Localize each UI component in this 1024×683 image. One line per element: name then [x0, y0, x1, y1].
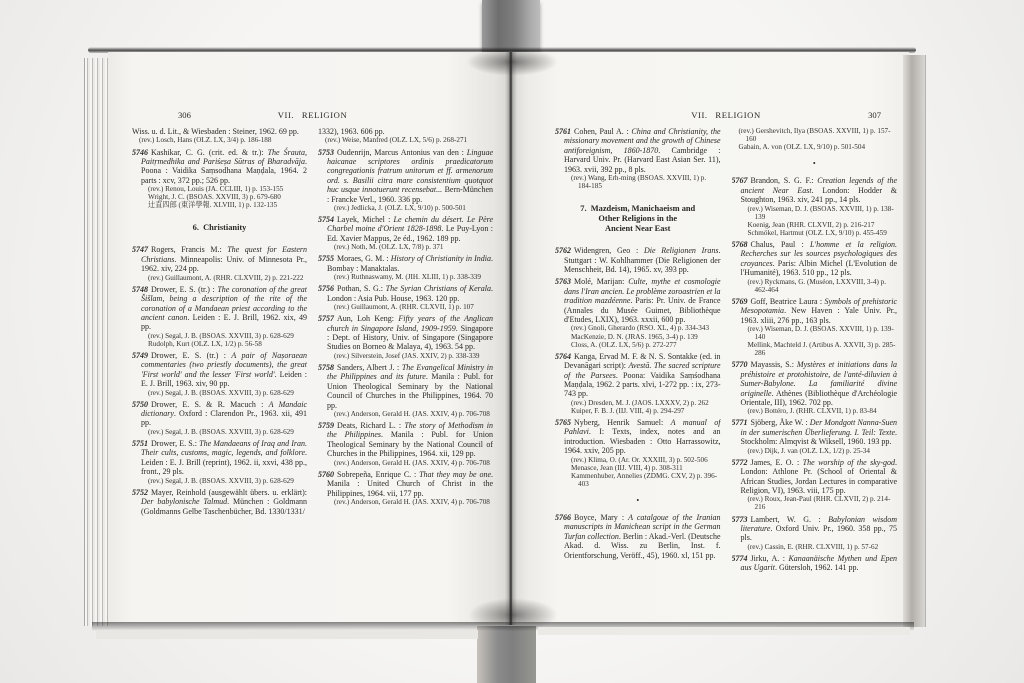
- entry-number: 5752: [132, 488, 148, 497]
- entry-text: Sobrepeña, Enrique C. :: [337, 470, 419, 479]
- review-line: (rev.) Ruthnaswamy, M. (JIH. XLIII, 1) p…: [327, 273, 493, 281]
- review-line: Koenig, Jean (RHR. CLXVII, 2) p. 216-217: [741, 221, 898, 229]
- right-page-column-2: (rev.) Gershevitch, Ilya (BSOAS. XXVIII,…: [732, 127, 898, 579]
- page-number: 306: [178, 110, 191, 121]
- entry-body: 5769Goff, Beatrice Laura : Symbols of pr…: [732, 297, 898, 325]
- review-line: (rev.) Ryckmans, G. (Muséon, LXXVIII, 3-…: [741, 278, 898, 294]
- entry-number: 5753: [318, 148, 334, 157]
- review-line: (rev.) Wang, Erh-ming (BSOAS. XXVIII, 1)…: [564, 174, 721, 190]
- running-head: VII. RELIGION: [555, 110, 897, 121]
- review-line: Mellink, Machteld J. (Artibus A. XXVII, …: [741, 341, 898, 357]
- entry-title-italic: Die Religionen Irans: [644, 246, 719, 255]
- entry-number: 5750: [132, 400, 148, 409]
- review-line: (rev.) Gnoli, Gherardo (RSO. XL, 4) p. 3…: [564, 324, 721, 332]
- entry-text: Widengren, Geo :: [574, 246, 644, 255]
- bib-entry-5774: 5774Jirku, A. : Kanaanäische Mythen und …: [732, 554, 898, 573]
- bib-entry-continuation: Wiss. u. d. Lit., & Wiesbaden : Steiner,…: [132, 127, 307, 145]
- bib-entry-5756: 5756Pothan, S. G.: The Syrian Christians…: [318, 284, 493, 311]
- review-line: (rev.) Jedlicka, J. (OLZ. LX, 9/10) p. 5…: [327, 204, 493, 212]
- entry-body: Wiss. u. d. Lit., & Wiesbaden : Steiner,…: [132, 127, 299, 136]
- bib-entry-5763: 5763Molé, Marijan: Culte, mythe et cosmo…: [555, 277, 721, 348]
- review-line: Closs, A. (OLZ. LX, 5/6) p. 272-277: [564, 341, 721, 349]
- review-line: Gabain, A. von (OLZ. LX, 9/10) p. 501-50…: [732, 143, 898, 151]
- review-line: Schmökel, Hartmut (OLZ. LX, 9/10) p. 455…: [741, 229, 898, 237]
- review-line: (rev.) Wiseman, D. J. (BSOAS. XXVIII, 1)…: [741, 325, 898, 341]
- entry-number: 5771: [732, 418, 748, 427]
- bib-entry-5765: 5765Nyberg, Henrik Samuel: A manual of P…: [555, 418, 721, 488]
- review-line: 辻直四郎 (東洋學報. XLVIII, 1) p. 132-135: [141, 201, 307, 209]
- right-page-header: 307 VII. RELIGION: [555, 110, 897, 123]
- book-cradle-bottom: [477, 626, 536, 683]
- right-page-fore-edge: [903, 55, 926, 627]
- entry-body: 5773Lambert, W. G. : Babylonian wisdom l…: [732, 515, 898, 543]
- entry-number: 5754: [318, 215, 334, 224]
- entry-text: Goff, Beatrice Laura :: [751, 297, 825, 306]
- review-line: Kuiper, F. B. J. (IIJ. VIII, 4) p. 294-2…: [564, 407, 721, 415]
- entry-text: Drower, E. S.:: [151, 439, 199, 448]
- bib-entry-5761: 5761Cohen, Paul A. : China and Christian…: [555, 127, 721, 190]
- left-page-column-1: Wiss. u. d. Lit., & Wiesbaden : Steiner,…: [132, 127, 307, 579]
- entry-text: Oudenrijn, Marcus Antonius van den :: [337, 148, 467, 157]
- entry-number: 5764: [555, 352, 571, 361]
- entry-body: 5750Drower, E. S. & R. Macuch : A Mandai…: [132, 400, 307, 428]
- review-line: Kammenhuber, Annelies (ZDMG. CXV, 2) p. …: [564, 472, 721, 488]
- entry-text: Cohen, Paul A. :: [574, 127, 631, 136]
- entry-number: 5747: [132, 245, 148, 254]
- entry-text: Aun, Loh Keng:: [337, 314, 398, 323]
- entry-text: Kashikar, C. G. (crit. ed. & tr.):: [151, 148, 268, 157]
- entry-body: 5774Jirku, A. : Kanaanäische Mythen und …: [732, 554, 898, 572]
- page-307: 307 VII. RELIGION 5761Cohen, Paul A. : C…: [511, 52, 909, 622]
- entry-number: 5765: [555, 418, 571, 427]
- entry-text: Wiss. u. d. Lit., & Wiesbaden : Steiner,…: [132, 127, 299, 136]
- review-line: (rev.) Roux, Jean-Paul (RHR. CLXVII, 2) …: [741, 495, 898, 511]
- entry-text: Deats, Richard L. :: [337, 421, 404, 430]
- right-page-bottom-edge: [538, 627, 910, 635]
- review-line: (rev.) Weise, Manfred (OLZ. LX, 5/6) p. …: [318, 136, 493, 144]
- bib-entry-continuation: (rev.) Gershevitch, Ilya (BSOAS. XXVIII,…: [732, 127, 898, 151]
- entry-body: 5751Drower, E. S.: The Mandaeans of Iraq…: [132, 439, 307, 476]
- entry-text: Boyce, Mary :: [574, 513, 628, 522]
- entry-text: Sanders, Albert J. :: [337, 363, 402, 372]
- left-page-header: 306 VII. RELIGION: [132, 110, 493, 123]
- right-page-columns: 5761Cohen, Paul A. : China and Christian…: [555, 127, 897, 579]
- bib-entry-5758: 5758Sanders, Albert J. : The Evangelical…: [318, 363, 493, 418]
- bib-entry-5772: 5772James, E. O. : The worship of the sk…: [732, 458, 898, 512]
- entry-text: Chalus, Paul :: [751, 240, 810, 249]
- entry-text: Layek, Michel :: [337, 215, 394, 224]
- entry-text: . Gütersloh, 1962. 141 pp.: [775, 563, 859, 572]
- entry-number: 5761: [555, 127, 571, 136]
- review-line: (rev.) Dresden, M. J. (JAOS. LXXXV, 2) p…: [564, 399, 721, 407]
- entry-number: 5763: [555, 277, 571, 286]
- left-page-bottom-edge: [96, 630, 478, 639]
- review-line: (rev.) Segal, J. B. (BSOAS. XXVIII, 3) p…: [141, 389, 307, 397]
- entry-body: 5770Mayassis, S.: Mystères et initiation…: [732, 360, 898, 407]
- review-line: (rev.) Segal, J. B. (BSOAS. XXVIII, 3) p…: [141, 332, 307, 340]
- entry-body: 5764Kanga, Ervad M. F. & N. S. Sontakke …: [555, 352, 721, 399]
- entry-body: 5756Pothan, S. G.: The Syrian Christians…: [318, 284, 493, 302]
- left-page-stack-edge: [84, 58, 111, 626]
- entry-text: Moraes, G. M. :: [337, 254, 391, 263]
- review-line: (rev.) Noth, M. (OLZ. LX, 7/8) p. 371: [327, 243, 493, 251]
- entry-number: 5759: [318, 421, 334, 430]
- bib-entry-5760: 5760Sobrepeña, Enrique C. : That they ma…: [318, 470, 493, 506]
- entry-body: 5758Sanders, Albert J. : The Evangelical…: [318, 363, 493, 410]
- entry-title-italic: Der babylonische Talmud: [141, 497, 227, 506]
- right-page-column-1: 5761Cohen, Paul A. : China and Christian…: [555, 127, 721, 579]
- review-line: (rev.) Dijk, J. van (OLZ. LX, 1/2) p. 25…: [741, 447, 898, 455]
- entry-body: 5748Drower, E. S. (tr.) : The coronation…: [132, 285, 307, 332]
- entry-text: 1332), 1963. 606 pp.: [318, 127, 385, 136]
- entry-body: 5761Cohen, Paul A. : China and Christian…: [555, 127, 721, 174]
- entry-text: James, E. O. :: [751, 458, 803, 467]
- entry-number: 5756: [318, 284, 334, 293]
- entry-text: Lambert, W. G. :: [751, 515, 829, 524]
- entry-text: Drower, E. S. (tr.) :: [151, 351, 231, 360]
- entry-body: 5766Boyce, Mary : A catalgoue of the Ira…: [555, 513, 721, 560]
- entry-body: 1332), 1963. 606 pp.: [318, 127, 385, 136]
- entry-body: 5772James, E. O. : The worship of the sk…: [732, 458, 898, 495]
- bib-entry-5750: 5750Drower, E. S. & R. Macuch : A Mandai…: [132, 400, 307, 436]
- review-line: (rev.) Segal, J. B. (BSOAS. XXVIII, 3) p…: [141, 477, 307, 485]
- entry-body: 5759Deats, Richard L. : The story of Met…: [318, 421, 493, 458]
- entry-number: 5768: [732, 240, 748, 249]
- bib-entry-5762: 5762Widengren, Geo : Die Religionen Iran…: [555, 246, 721, 274]
- bib-entry-5757: 5757Aun, Loh Keng: Fifty years of the An…: [318, 314, 493, 360]
- review-line: (rev.) Cassin, E. (RHR. CLXVIII, 1) p. 5…: [741, 543, 898, 551]
- review-line: MacKenzie, D. N. (JRAS. 1965, 3-4) p. 13…: [564, 333, 721, 341]
- review-line: Rudolph, Kurt (OLZ. LX, 1/2) p. 56-58: [141, 340, 307, 348]
- entry-number: 5748: [132, 285, 148, 294]
- entry-number: 5755: [318, 254, 334, 263]
- review-line: (rev.) Gershevitch, Ilya (BSOAS. XXVIII,…: [732, 127, 898, 143]
- entry-text: Drower, E. S. (tr.) :: [151, 285, 217, 294]
- entry-number: 5757: [318, 314, 334, 323]
- review-line: (rev.) Guillaumont, A. (RHR. CLXVII, 1) …: [327, 303, 493, 311]
- bib-entry-5754: 5754Layek, Michel : Le chemin du désert.…: [318, 215, 493, 251]
- entry-body: 5753Oudenrijn, Marcus Antonius van den :…: [318, 148, 493, 204]
- bib-entry-5773: 5773Lambert, W. G. : Babylonian wisdom l…: [732, 515, 898, 551]
- bib-entry-5770: 5770Mayassis, S.: Mystères et initiation…: [732, 360, 898, 415]
- entry-body: 5768Chalus, Paul : L'homme et la religio…: [732, 240, 898, 277]
- separator-dot: •: [555, 497, 721, 504]
- bib-entry-5766: 5766Boyce, Mary : A catalgoue of the Ira…: [555, 513, 721, 560]
- section-heading: 7. Mazdeism, Manichaeism and Other Relig…: [555, 204, 721, 234]
- left-page-column-2: 1332), 1963. 606 pp.(rev.) Weise, Manfre…: [318, 127, 493, 579]
- entry-number: 5760: [318, 470, 334, 479]
- entry-number: 5751: [132, 439, 148, 448]
- entry-text: Jirku, A. :: [751, 554, 789, 563]
- bib-entry-5746: 5746Kashikar, C. G. (crit. ed. & tr.): T…: [132, 148, 307, 210]
- review-line: (rev.) Renou, Louis (JA. CCLIII, 1) p. 1…: [141, 185, 307, 193]
- gutter-shadow-top: [466, 48, 558, 76]
- entry-body: 5765Nyberg, Henrik Samuel: A manual of P…: [555, 418, 721, 455]
- entry-text: Drower, E. S. & R. Macuch :: [151, 400, 269, 409]
- entry-text: Mayer, Reinhold (ausgewählt übers. u. er…: [151, 488, 307, 497]
- entry-number: 5746: [132, 148, 148, 157]
- bib-entry-5753: 5753Oudenrijn, Marcus Antonius van den :…: [318, 148, 493, 213]
- bib-entry-5764: 5764Kanga, Ervad M. F. & N. S. Sontakke …: [555, 352, 721, 415]
- bib-entry-5769: 5769Goff, Beatrice Laura : Symbols of pr…: [732, 297, 898, 358]
- entry-number: 5772: [732, 458, 748, 467]
- entry-text: Nyberg, Henrik Samuel:: [574, 418, 671, 427]
- entry-number: 5774: [732, 554, 748, 563]
- entry-body: 5757Aun, Loh Keng: Fifty years of the An…: [318, 314, 493, 351]
- entry-number: 5773: [732, 515, 748, 524]
- entry-title-italic: That they may be one: [419, 470, 491, 479]
- entry-body: 5771Sjöberg, Åke W. : Der Mondgott Nanna…: [732, 418, 898, 446]
- entry-text: Sjöberg, Åke W. :: [751, 418, 810, 427]
- review-line: (rev.) Anderson, Gerald H. (JAS. XXIV, 4…: [327, 498, 493, 506]
- book-gutter: [505, 52, 517, 625]
- entry-text: Mayassis, S.:: [751, 360, 797, 369]
- entry-number: 5769: [732, 297, 748, 306]
- entry-body: 5762Widengren, Geo : Die Religionen Iran…: [555, 246, 721, 274]
- entry-number: 5767: [732, 176, 748, 185]
- entry-body: 5746Kashikar, C. G. (crit. ed. & tr.): T…: [132, 148, 307, 185]
- entry-title-italic: History of Christianity in India: [391, 254, 491, 263]
- entry-body: 5749Drower, E. S. (tr.) : A pair of Naṣo…: [132, 351, 307, 388]
- entry-number: 5758: [318, 363, 334, 372]
- bib-entry-continuation: 1332), 1963. 606 pp.(rev.) Weise, Manfre…: [318, 127, 493, 145]
- entry-number: 5770: [732, 360, 748, 369]
- page-number: 307: [868, 110, 881, 121]
- review-line: (rev.) Anderson, Gerald H. (JAS. XXIV, 4…: [327, 410, 493, 418]
- bib-entry-5771: 5771Sjöberg, Åke W. : Der Mondgott Nanna…: [732, 418, 898, 454]
- bib-entry-5751: 5751Drower, E. S.: The Mandaeans of Iraq…: [132, 439, 307, 485]
- entry-title-italic: The Syrian Christians of Kerala: [386, 284, 491, 293]
- bib-entry-5749: 5749Drower, E. S. (tr.) : A pair of Naṣo…: [132, 351, 307, 397]
- left-page-columns: Wiss. u. d. Lit., & Wiesbaden : Steiner,…: [132, 127, 493, 579]
- entry-text: Molé, Marijan:: [574, 277, 628, 286]
- separator-dot: •: [732, 160, 898, 167]
- bib-entry-5752: 5752Mayer, Reinhold (ausgewählt übers. u…: [132, 488, 307, 516]
- bib-entry-5759: 5759Deats, Richard L. : The story of Met…: [318, 421, 493, 467]
- review-line: (rev.) Anderson, Gerald H. (JAS. XXIV, 4…: [327, 459, 493, 467]
- review-line: (rev.) Losch, Hans (OLZ. LX, 3/4) p. 186…: [132, 136, 307, 144]
- entry-body: 5760Sobrepeña, Enrique C. : That they ma…: [318, 470, 493, 498]
- entry-title-italic: The worship of the sky-god: [803, 458, 895, 467]
- entry-body: 5752Mayer, Reinhold (ausgewählt übers. u…: [132, 488, 307, 516]
- bib-entry-5755: 5755Moraes, G. M. : History of Christian…: [318, 254, 493, 281]
- bib-entry-5767: 5767Brandon, S. G. F.: Creation legends …: [732, 176, 898, 237]
- review-line: (rev.) Segal, J. B. (BSOAS. XXVIII, 3) p…: [141, 428, 307, 436]
- review-line: (rev.) Klima, O. (Ar. Or. XXXIII, 3) p. …: [564, 456, 721, 464]
- bib-entry-5748: 5748Drower, E. S. (tr.) : The coronation…: [132, 285, 307, 348]
- entry-number: 5766: [555, 513, 571, 522]
- review-line: (rev.) Guillaumont, A. (RHR. CLXVIII, 2)…: [141, 274, 307, 282]
- page-306: 306 VII. RELIGION Wiss. u. d. Lit., & Wi…: [108, 52, 511, 625]
- review-line: Menasce, Jean (IIJ. VIII, 4) p. 308-311: [564, 464, 721, 472]
- entry-text: Pothan, S. G.:: [337, 284, 386, 293]
- book-photo-scene: 306 VII. RELIGION Wiss. u. d. Lit., & Wi…: [0, 0, 1024, 683]
- review-line: (rev.) Wiseman, D. J. (BSOAS. XXVIII, 1)…: [741, 205, 898, 221]
- bib-entry-5768: 5768Chalus, Paul : L'homme et la religio…: [732, 240, 898, 294]
- section-heading: 6. Christianity: [132, 223, 307, 233]
- entry-body: 5763Molé, Marijan: Culte, mythe et cosmo…: [555, 277, 721, 324]
- review-line: (rev.) Silverstein, Josef (JAS. XXIV, 2)…: [327, 352, 493, 360]
- review-line: (rev.) Bottéro, J. (RHR. CLXVII, 1) p. 8…: [741, 407, 898, 415]
- entry-body: 5754Layek, Michel : Le chemin du désert.…: [318, 215, 493, 243]
- entry-body: 5747Rogers, Francis M.: The quest for Ea…: [132, 245, 307, 273]
- entry-body: 5767Brandon, S. G. F.: Creation legends …: [732, 176, 898, 204]
- entry-text: Brandon, S. G. F.:: [751, 176, 818, 185]
- bib-entry-5747: 5747Rogers, Francis M.: The quest for Ea…: [132, 245, 307, 281]
- entry-number: 5762: [555, 246, 571, 255]
- entry-body: 5755Moraes, G. M. : History of Christian…: [318, 254, 493, 272]
- entry-number: 5749: [132, 351, 148, 360]
- entry-text: Rogers, Francis M.:: [151, 245, 227, 254]
